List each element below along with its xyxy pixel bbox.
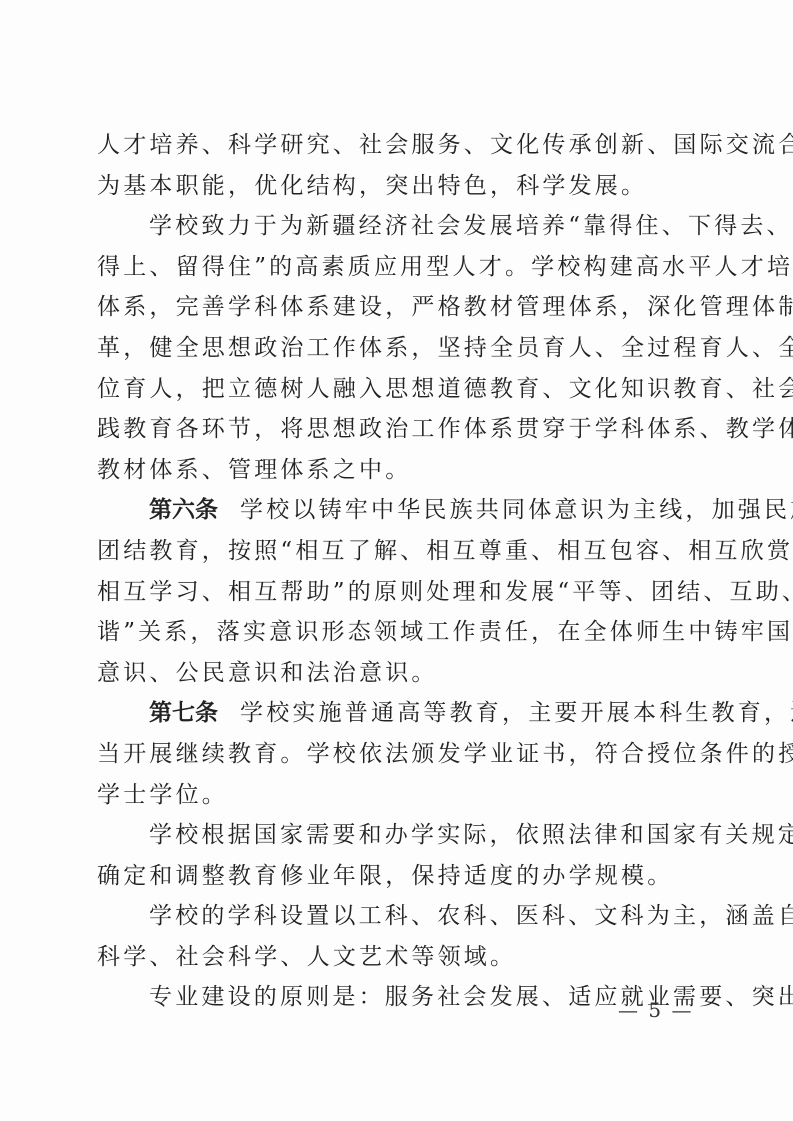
- text-span: 学校以铸牢中华民族共同体意识为主线，加强民族: [240, 497, 793, 523]
- paragraph-start: 学校根据国家需要和办学实际，依照法律和国家有关规定，: [97, 815, 679, 856]
- body-text: 人才培养、科学研究、社会服务、文化传承创新、国际交流合作 为基本职能，优化结构，…: [97, 125, 679, 1018]
- text-span: 学校实施普通高等教育，主要开展本科生教育，适: [240, 700, 793, 726]
- text-line: 为基本职能，优化结构，突出特色，科学发展。: [97, 166, 679, 207]
- text-line: 革，健全思想政治工作体系，坚持全员育人、全过程育人、全方: [97, 328, 679, 369]
- page-number: — 5 —: [618, 998, 693, 1022]
- document-page: 人才培养、科学研究、社会服务、文化传承创新、国际交流合作 为基本职能，优化结构，…: [0, 0, 793, 1121]
- text-line: 谐”关系，落实意识形态领域工作责任，在全体师生中铸牢国家: [97, 612, 679, 653]
- paragraph-start: 学校致力于为新疆经济社会发展培养“靠得住、下得去、用: [97, 206, 679, 247]
- text-line: 体系，完善学科体系建设，严格教材管理体系，深化管理体制改: [97, 287, 679, 328]
- text-line: 得上、留得住”的高素质应用型人才。学校构建高水平人才培养: [97, 247, 679, 288]
- text-line: 相互学习、相互帮助”的原则处理和发展“平等、团结、互助、和: [97, 572, 679, 613]
- text-line: 团结教育，按照“相互了解、相互尊重、相互包容、相互欣赏、: [97, 531, 679, 572]
- article-6-start: 第六条学校以铸牢中华民族共同体意识为主线，加强民族: [97, 490, 679, 531]
- text-line: 确定和调整教育修业年限，保持适度的办学规模。: [97, 856, 679, 897]
- text-line: 当开展继续教育。学校依法颁发学业证书，符合授位条件的授予: [97, 734, 679, 775]
- paragraph-start: 学校的学科设置以工科、农科、医科、文科为主，涵盖自然: [97, 896, 679, 937]
- paragraph-start: 专业建设的原则是：服务社会发展、适应就业需要、突出学: [97, 977, 679, 1018]
- text-line: 意识、公民意识和法治意识。: [97, 653, 679, 694]
- text-line: 人才培养、科学研究、社会服务、文化传承创新、国际交流合作: [97, 125, 679, 166]
- text-line: 教材体系、管理体系之中。: [97, 450, 679, 491]
- text-line: 践教育各环节，将思想政治工作体系贯穿于学科体系、教学体系、: [97, 409, 679, 450]
- text-line: 科学、社会科学、人文艺术等领域。: [97, 937, 679, 978]
- article-7-start: 第七条学校实施普通高等教育，主要开展本科生教育，适: [97, 693, 679, 734]
- text-line: 位育人，把立德树人融入思想道德教育、文化知识教育、社会实: [97, 369, 679, 410]
- text-line: 学士学位。: [97, 775, 679, 816]
- article-heading: 第七条: [149, 700, 218, 726]
- article-heading: 第六条: [149, 497, 218, 523]
